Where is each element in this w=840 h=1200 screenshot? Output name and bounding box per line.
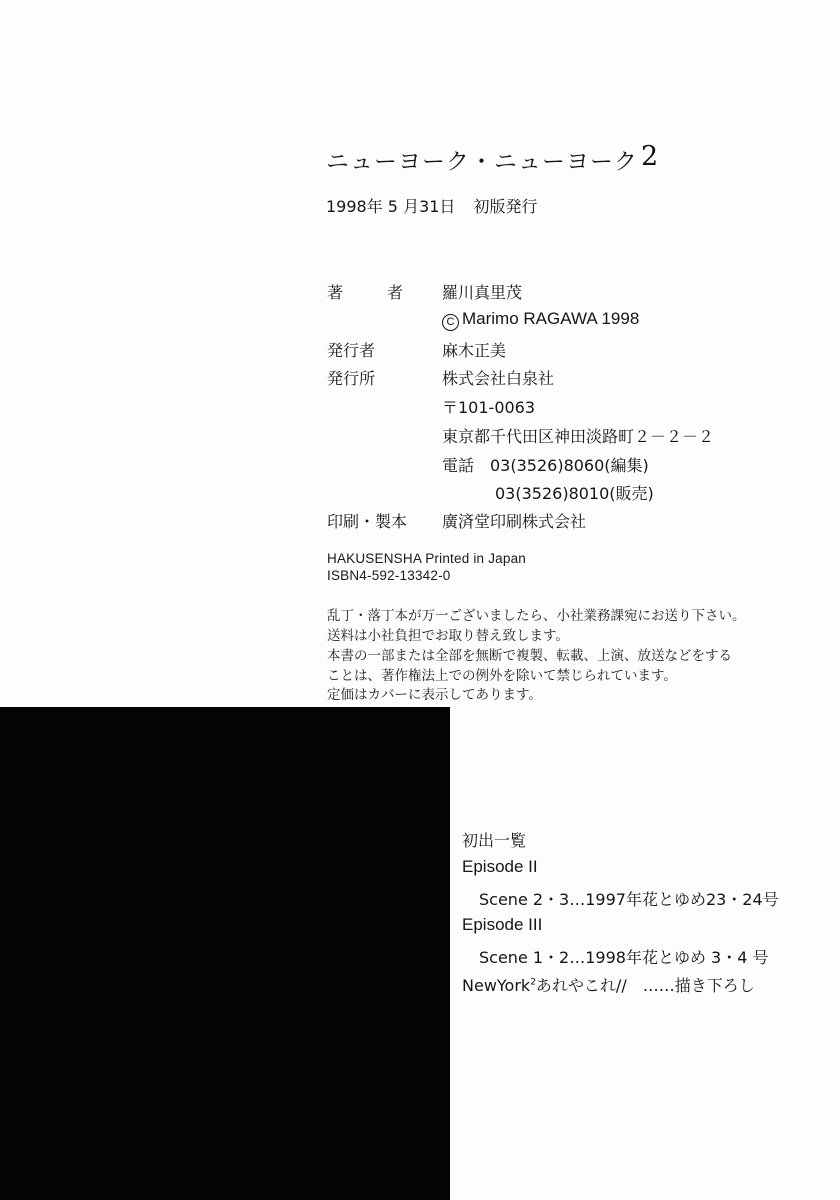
publisher-person: 麻木正美 xyxy=(442,338,506,361)
notice-line: 本書の一部または全部を無断で複製、転載、上演、放送などをする xyxy=(327,644,732,664)
volume-number: 2 xyxy=(641,141,658,172)
printer-label: 印刷・製本 xyxy=(327,509,407,532)
entry-main: NewYork xyxy=(462,976,530,995)
publisher-label: 発行所 xyxy=(327,366,375,389)
publisher-imprint: HAKUSENSHA Printed in Japan xyxy=(327,551,526,566)
author-label: 著 者 xyxy=(327,280,417,303)
edition-label: 初版発行 xyxy=(473,197,537,216)
phone-sales: 03(3526)8010(販売) xyxy=(495,481,654,504)
first-appearance-entry: Episode III xyxy=(462,915,542,935)
copyright-text: Marimo RAGAWA 1998 xyxy=(462,309,639,328)
notice-line: 乱丁・落丁本が万一ございましたら、小社業務課宛にお送り下さい。 xyxy=(327,604,746,624)
notice-line: ことは、著作権法上での例外を除いて禁じられています。 xyxy=(327,664,677,684)
notice-line: 送料は小社負担でお取り替え致します。 xyxy=(327,624,569,644)
publisher-person-label: 発行者 xyxy=(327,338,375,361)
first-appearance-entry: Scene 2・3…1997年花とゆめ23・24号 xyxy=(479,887,779,910)
first-appearance-entry: Episode II xyxy=(462,857,538,877)
book-title: ニューヨーク・ニューヨーク xyxy=(326,143,638,176)
first-appearance-entry: Scene 1・2…1998年花とゆめ 3・4 号 xyxy=(479,945,768,968)
publication-date: 1998年 5 月31日 xyxy=(326,197,455,216)
postal-code: 〒101-0063 xyxy=(442,395,535,418)
isbn: ISBN4-592-13342-0 xyxy=(327,568,450,583)
black-panel xyxy=(0,707,450,1200)
copyright-line: CMarimo RAGAWA 1998 xyxy=(442,309,639,331)
first-appearance-entry: NewYork2あれやこれ// ……描き下ろし xyxy=(462,973,755,996)
notice-line: 定価はカバーに表示してあります。 xyxy=(327,683,542,703)
entry-rest: あれやこれ// ……描き下ろし xyxy=(536,976,755,995)
copyright-icon: C xyxy=(442,314,459,331)
printer-company: 廣済堂印刷株式会社 xyxy=(442,509,586,532)
publication-info: 1998年 5 月31日初版発行 xyxy=(326,194,537,217)
phone-editorial: 電話 03(3526)8060(編集) xyxy=(442,453,649,476)
author-name: 羅川真里茂 xyxy=(442,280,522,303)
first-appearances-heading: 初出一覧 xyxy=(462,828,526,851)
publisher-company: 株式会社白泉社 xyxy=(442,366,554,389)
address: 東京都千代田区神田淡路町２－２－２ xyxy=(442,424,714,447)
